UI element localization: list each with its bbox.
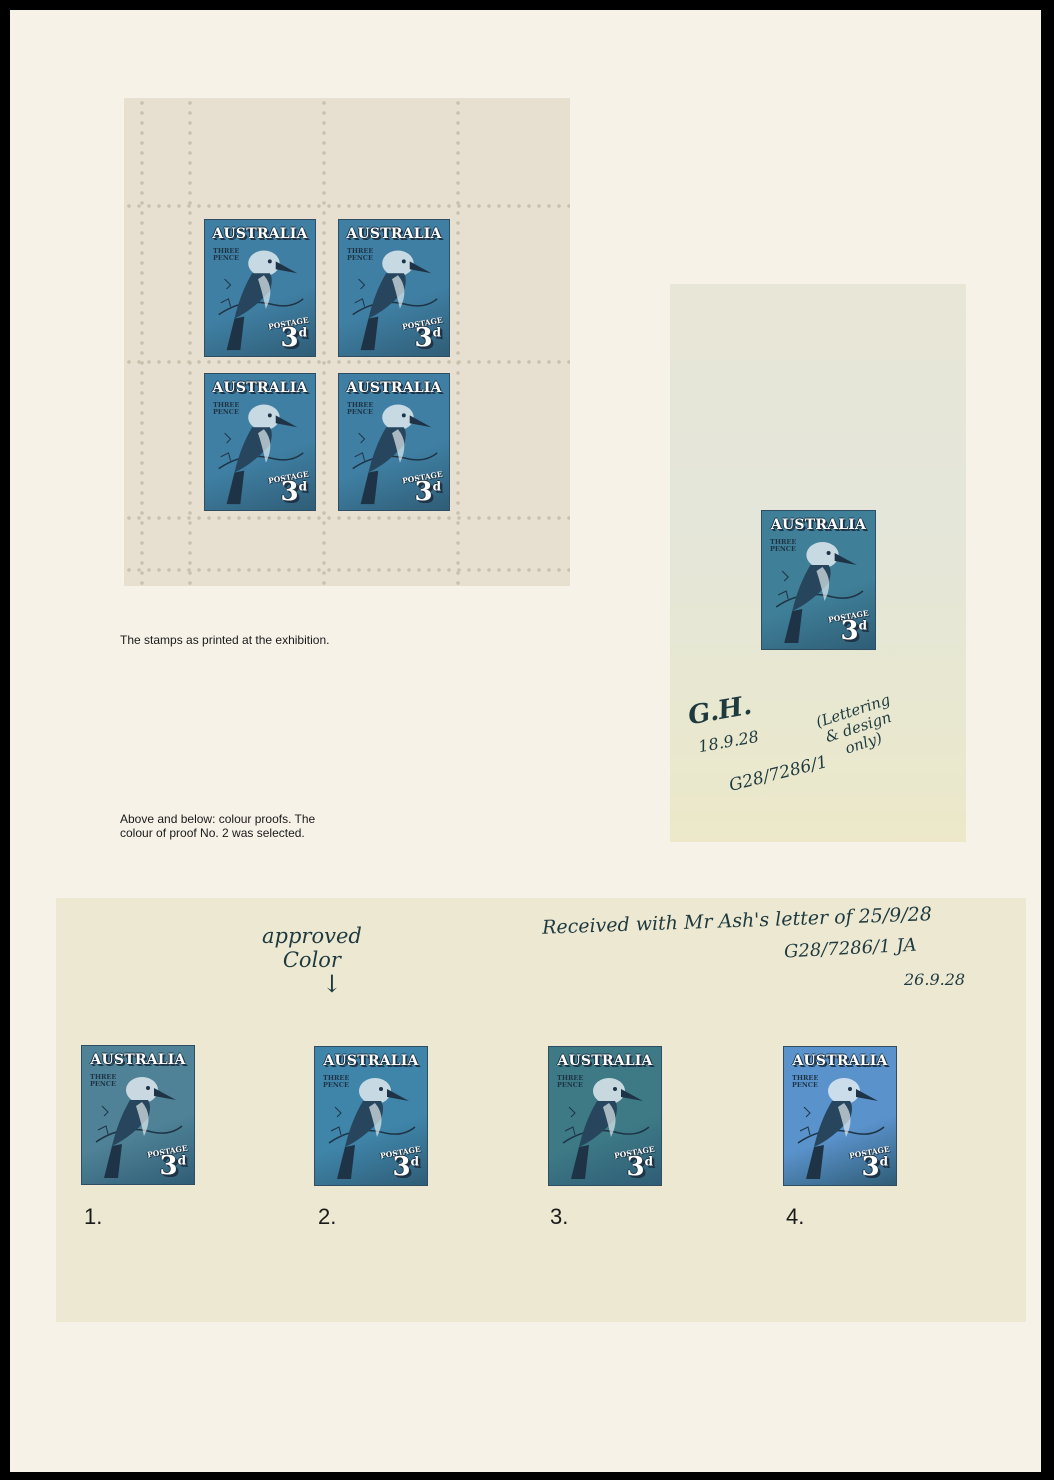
denomination-word: PENCE	[90, 1081, 116, 1088]
stamp-denomination-words: THREE PENCE	[347, 248, 373, 262]
stamp-value: 3d	[393, 1152, 419, 1182]
stamp-value: 3d	[627, 1152, 653, 1182]
stamp-value: 3d	[862, 1152, 888, 1182]
kookaburra-stamp: AUSTRALIA THREE PENCE POSTAGE 3d	[338, 219, 450, 357]
stamp-country: AUSTRALIA	[209, 226, 311, 244]
kookaburra-die-proof: AUSTRALIA THREE PENCE POSTAGE 3d	[761, 510, 876, 650]
stamp-value: 3d	[841, 616, 867, 646]
denomination-word: PENCE	[323, 1082, 349, 1089]
stamp-value: 3d	[281, 323, 307, 353]
stamp-value-number: 3	[627, 1152, 645, 1182]
denomination-word: PENCE	[557, 1082, 583, 1089]
handwritten-received-date: 26.9.28	[904, 970, 965, 989]
proof-number: 2.	[318, 1204, 336, 1230]
stamp-value-number: 3	[415, 323, 433, 353]
stamp-value-number: 3	[160, 1151, 178, 1181]
colour-proof-4: AUSTRALIA THREE PENCE POSTAGE 3d	[783, 1046, 897, 1186]
perforation-column	[322, 98, 326, 586]
kookaburra-stamp: AUSTRALIA THREE PENCE POSTAGE 3d	[338, 373, 450, 511]
stamp-value-unit: d	[299, 479, 307, 493]
stamp-denomination-words: THREE PENCE	[90, 1074, 116, 1088]
stamp-denomination-words: THREE PENCE	[323, 1075, 349, 1089]
sheet-caption: The stamps as printed at the exhibition.	[120, 633, 329, 647]
perforation-column	[456, 98, 460, 586]
stamp-value-number: 3	[393, 1152, 411, 1182]
stamp-value-unit: d	[433, 325, 441, 339]
proofs-caption-line: colour of proof No. 2 was selected.	[120, 826, 315, 840]
stamp-country: AUSTRALIA	[343, 226, 445, 244]
perforation-column	[188, 98, 192, 586]
denomination-word: PENCE	[213, 409, 239, 416]
catalogue-page: AUSTRALIA THREE PENCE POSTAGE 3d AUSTRAL…	[10, 10, 1041, 1472]
denomination-word: PENCE	[770, 546, 796, 553]
stamp-value-number: 3	[841, 616, 859, 646]
proofs-caption: Above and below: colour proofs. The colo…	[120, 812, 315, 840]
stamp-value: 3d	[415, 477, 441, 507]
denomination-word: PENCE	[213, 255, 239, 262]
stamp-value-unit: d	[880, 1154, 888, 1168]
stamp-value-unit: d	[433, 479, 441, 493]
proof-number: 1.	[84, 1204, 102, 1230]
stamp-denomination-words: THREE PENCE	[213, 248, 239, 262]
colour-proof-2: AUSTRALIA THREE PENCE POSTAGE 3d	[314, 1046, 428, 1186]
stamp-value-number: 3	[281, 323, 299, 353]
proof-number: 4.	[786, 1204, 804, 1230]
down-arrow-icon: ↓	[302, 972, 362, 996]
stamp-country: AUSTRALIA	[86, 1052, 190, 1070]
stamp-value-unit: d	[411, 1154, 419, 1168]
approved-label-line: approved	[262, 924, 362, 948]
perforation-column	[140, 98, 144, 586]
stamp-value-number: 3	[862, 1152, 880, 1182]
colour-proofs-panel: Received with Mr Ash's letter of 25/9/28…	[56, 898, 1026, 1322]
proof-number: 3.	[550, 1204, 568, 1230]
handwritten-received-ref: G28/7286/1 JA	[784, 935, 918, 963]
handwritten-received-note: Received with Mr Ash's letter of 25/9/28	[542, 903, 932, 939]
denomination-word: PENCE	[347, 409, 373, 416]
kookaburra-stamp: AUSTRALIA THREE PENCE POSTAGE 3d	[204, 373, 316, 511]
kookaburra-stamp: AUSTRALIA THREE PENCE POSTAGE 3d	[204, 219, 316, 357]
proofs-caption-line: Above and below: colour proofs. The	[120, 812, 315, 826]
stamp-country: AUSTRALIA	[553, 1053, 657, 1071]
stamp-country: AUSTRALIA	[209, 380, 311, 398]
approved-label-line: Color	[262, 948, 362, 972]
stamp-value-number: 3	[415, 477, 433, 507]
stamp-denomination-words: THREE PENCE	[792, 1075, 818, 1089]
stamp-denomination-words: THREE PENCE	[770, 539, 796, 553]
stamp-value: 3d	[415, 323, 441, 353]
approved-colour-label: approved Color ↓	[262, 924, 362, 996]
colour-proof-3: AUSTRALIA THREE PENCE POSTAGE 3d	[548, 1046, 662, 1186]
stamp-denomination-words: THREE PENCE	[557, 1075, 583, 1089]
stamp-country: AUSTRALIA	[343, 380, 445, 398]
stamp-country: AUSTRALIA	[788, 1053, 892, 1071]
handwritten-note: (Lettering & design only)	[814, 691, 903, 763]
stamp-country: AUSTRALIA	[319, 1053, 423, 1071]
colour-proof-1: AUSTRALIA THREE PENCE POSTAGE 3d	[81, 1045, 195, 1185]
stamp-value-unit: d	[299, 325, 307, 339]
stamp-denomination-words: THREE PENCE	[213, 402, 239, 416]
stamp-value-unit: d	[859, 618, 867, 632]
stamp-country: AUSTRALIA	[766, 517, 871, 535]
handwritten-file-ref: G28/7286/1	[727, 752, 830, 796]
denomination-word: PENCE	[792, 1082, 818, 1089]
stamp-value-number: 3	[281, 477, 299, 507]
stamp-value-unit: d	[645, 1154, 653, 1168]
stamp-denomination-words: THREE PENCE	[347, 402, 373, 416]
stamp-value: 3d	[281, 477, 307, 507]
miniature-sheet: AUSTRALIA THREE PENCE POSTAGE 3d AUSTRAL…	[124, 98, 570, 586]
stamp-value-unit: d	[178, 1153, 186, 1167]
stamp-value: 3d	[160, 1151, 186, 1181]
handwritten-date: 18.9.28	[697, 727, 760, 756]
handwritten-initials: G.H.	[686, 691, 754, 732]
denomination-word: PENCE	[347, 255, 373, 262]
die-proof-card: AUSTRALIA THREE PENCE POSTAGE 3d G.H. 18…	[670, 284, 966, 842]
